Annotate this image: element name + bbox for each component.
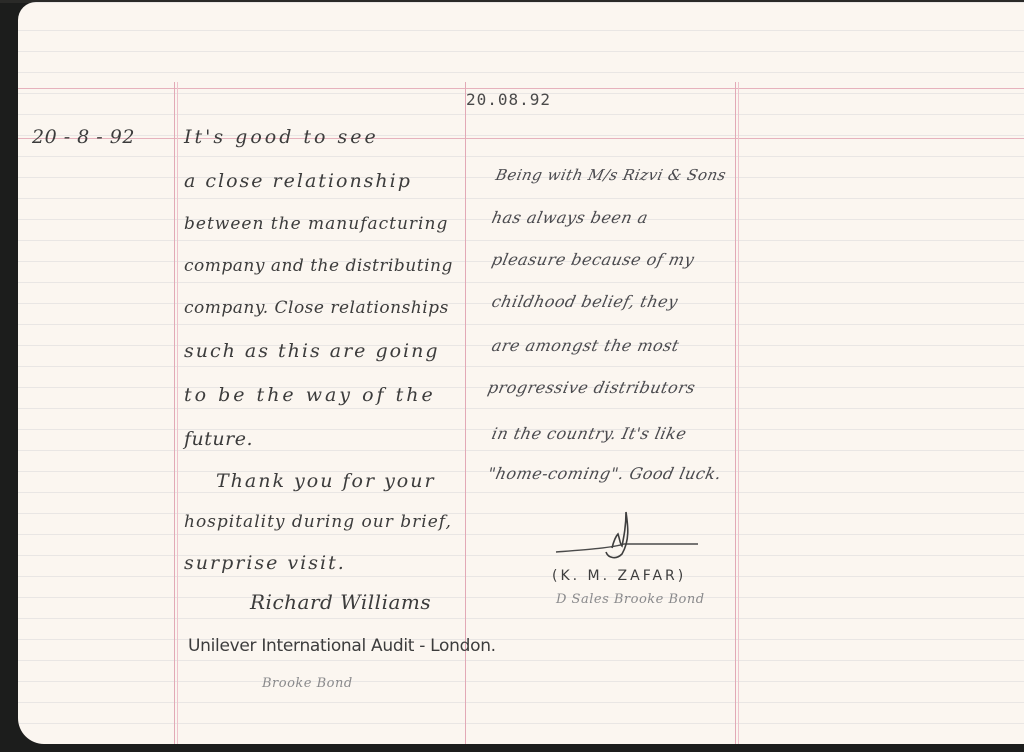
left-entry-line-8: future. (184, 428, 253, 450)
right-entry-signature-name: (K. M. ZAFAR) (552, 568, 686, 584)
header-rule-top (18, 88, 1024, 89)
right-entry-line-8: "home-coming". Good luck. (486, 464, 723, 483)
ruled-lines (18, 2, 1024, 744)
left-entry-line-9: Thank you for your (216, 470, 436, 492)
right-entry-date: 20.08.92 (466, 90, 551, 109)
left-entry-signature: Richard Williams (250, 590, 431, 614)
left-entry-affiliation: Unilever International Audit - London. (188, 636, 496, 656)
right-entry-signature-scribble (552, 506, 702, 566)
right-entry-line-3: pleasure because of my (490, 250, 696, 269)
left-entry-line-11: surprise visit. (184, 552, 346, 574)
header-rule-bottom (18, 138, 1024, 139)
right-entry-line-6: progressive distributors (486, 378, 697, 397)
right-entry-line-2: has always been a (490, 208, 650, 227)
right-entry-line-4: childhood belief, they (490, 292, 680, 311)
left-entry-line-4: company and the distributing (184, 256, 453, 276)
left-entry-line-7: to be the way of the (184, 384, 436, 406)
right-column-rule (735, 82, 736, 744)
right-entry-line-7: in the country. It's like (490, 424, 689, 443)
right-entry-line-5: are amongst the most (490, 336, 681, 355)
date-column-rule (174, 82, 175, 744)
left-entry-line-5: company. Close relationships (184, 298, 449, 318)
left-entry-pencil-note: Brooke Bond (262, 676, 353, 691)
left-entry-line-6: such as this are going (184, 340, 440, 362)
left-entry-date: 20 - 8 - 92 (32, 126, 135, 148)
right-entry-pencil-note: D Sales Brooke Bond (556, 592, 705, 607)
right-entry-line-1: Being with M/s Rizvi & Sons (494, 166, 728, 184)
ledger-page: 20 - 8 - 92 It's good to see a close rel… (18, 2, 1024, 744)
left-entry-line-3: between the manufacturing (184, 214, 448, 234)
left-entry-line-2: a close relationship (184, 170, 412, 192)
left-entry-line-1: It's good to see (184, 126, 379, 148)
left-entry-line-10: hospitality during our brief, (184, 512, 452, 532)
